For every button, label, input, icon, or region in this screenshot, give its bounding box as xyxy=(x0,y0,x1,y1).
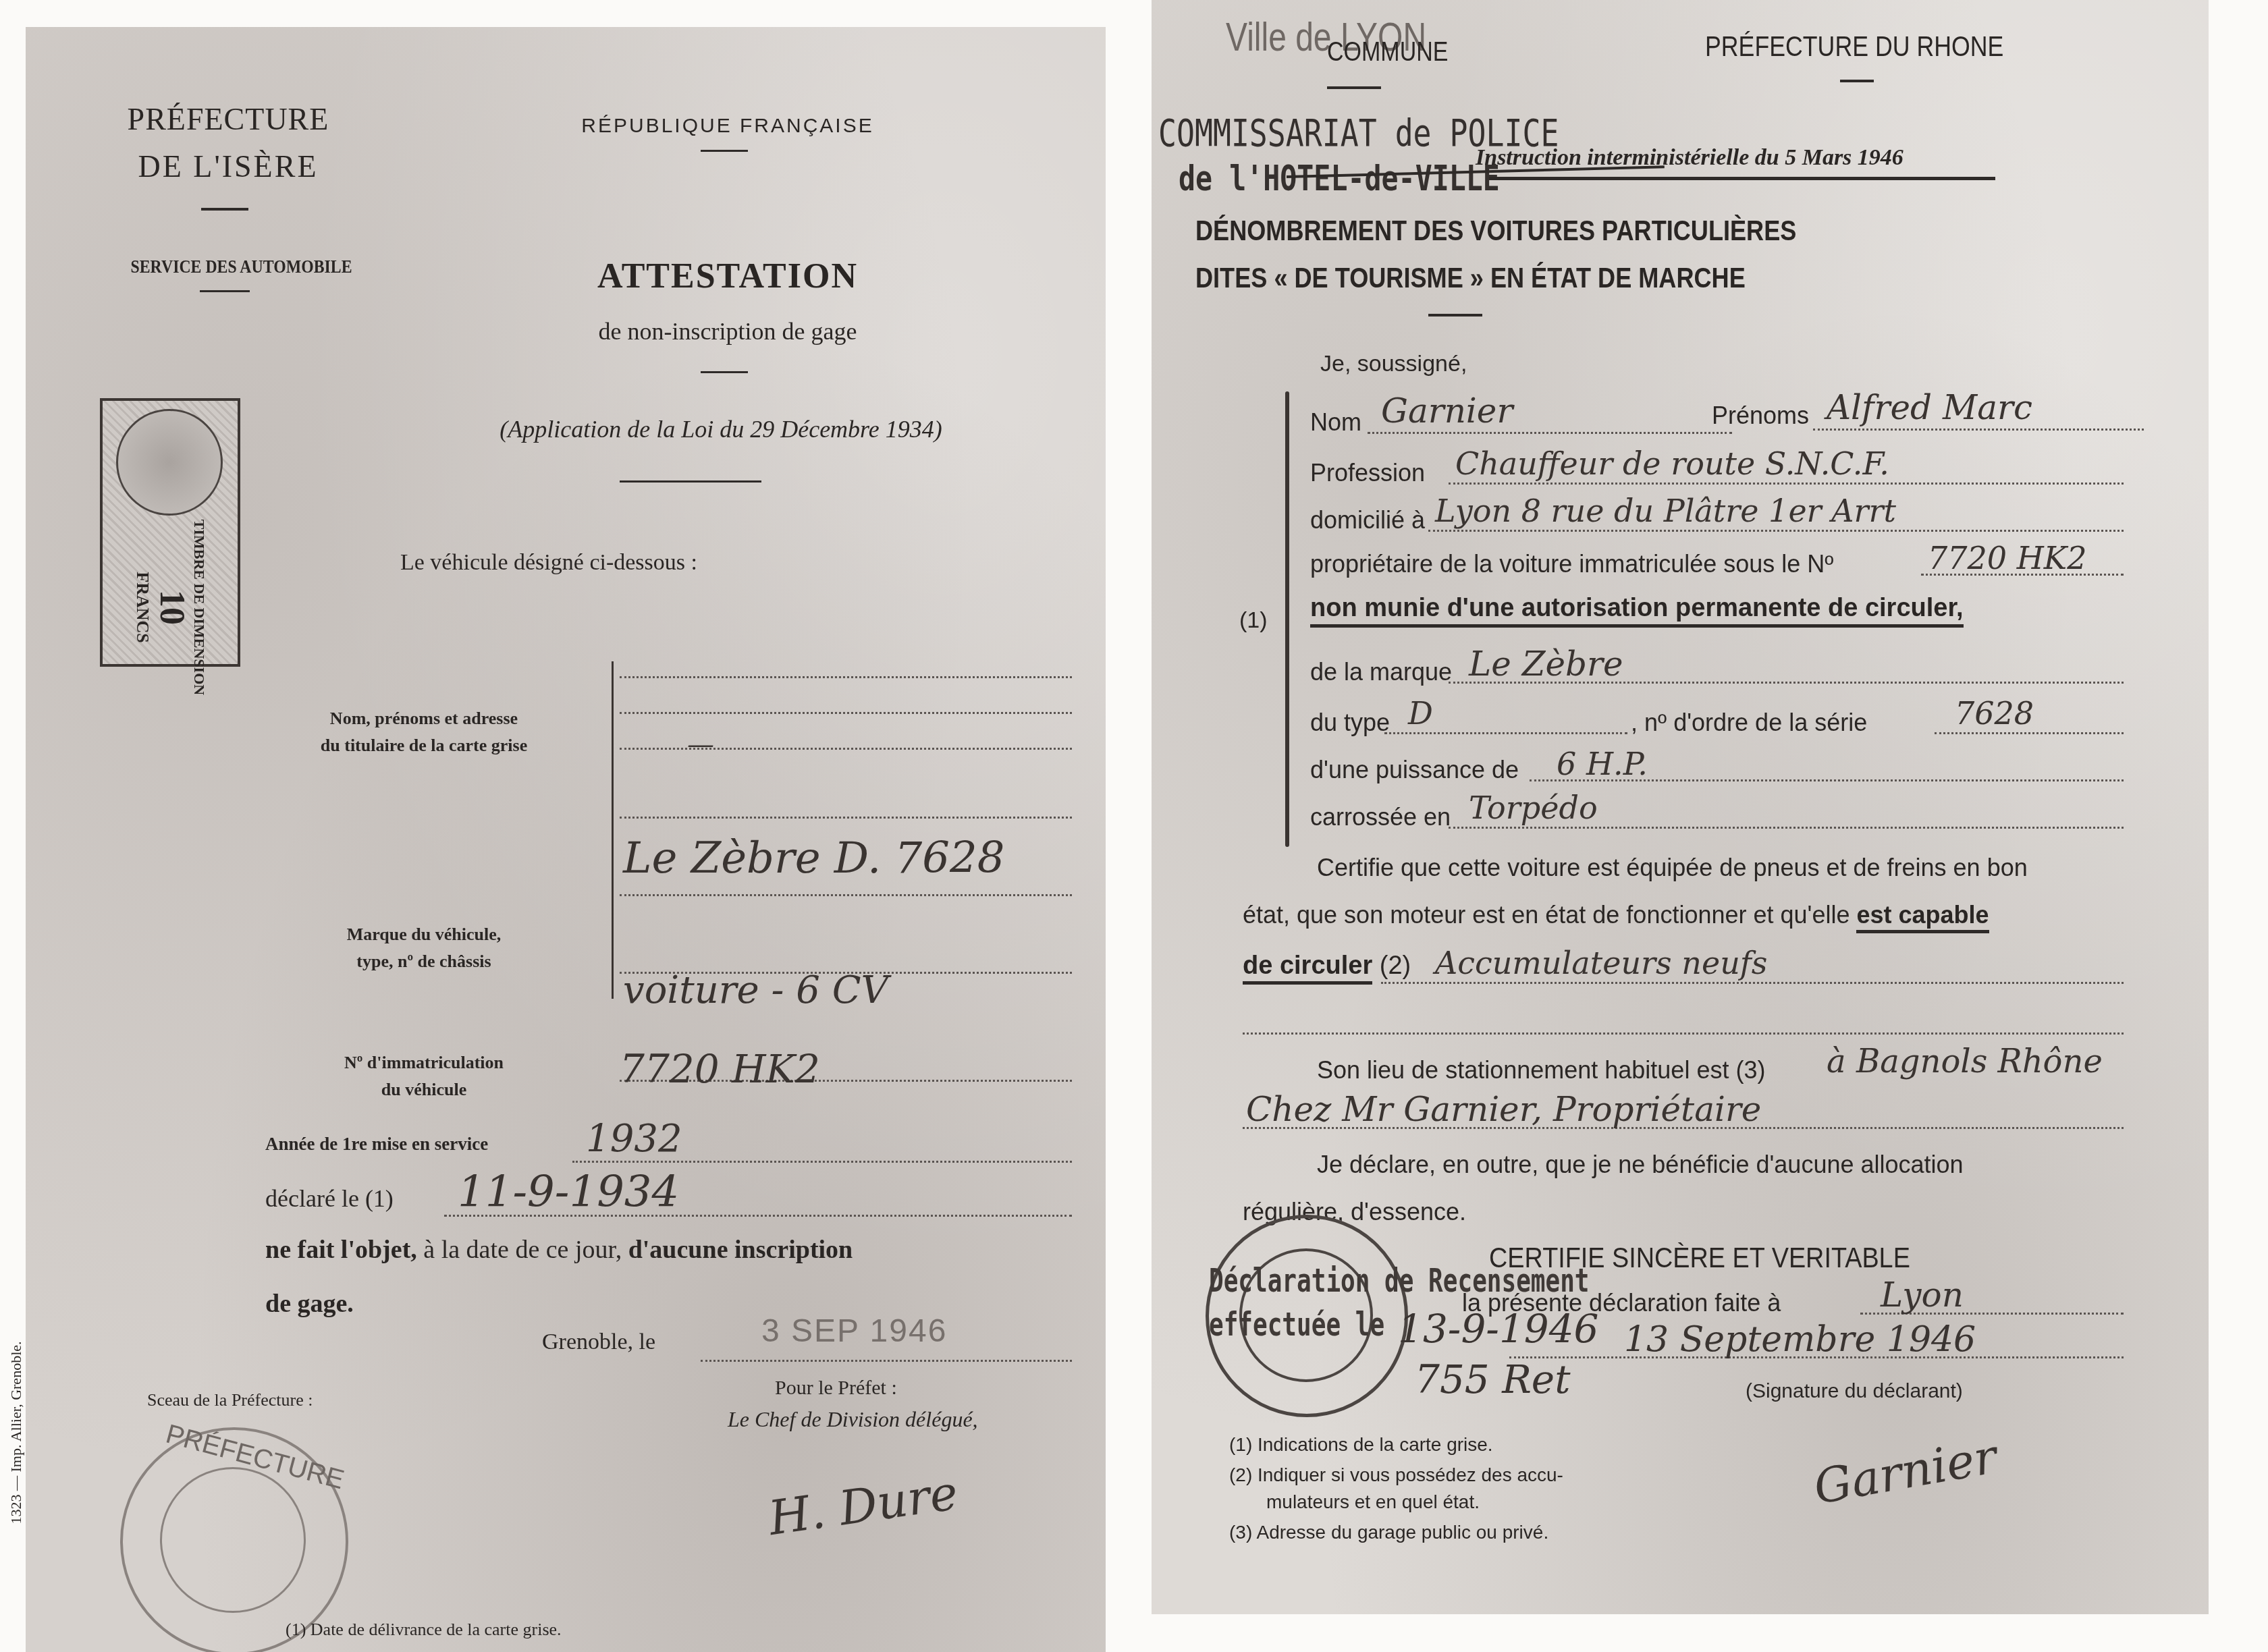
immat-label: propriétaire de la voiture immatriculée … xyxy=(1310,550,1833,578)
parking-value-2: Chez Mr Garnier, Propriétaire xyxy=(1246,1090,1761,1129)
commune-header: COMMUNE xyxy=(1327,37,1448,67)
registration-value: 7720 HK2 xyxy=(620,1046,820,1092)
first-service-value: 1932 xyxy=(586,1117,682,1161)
receipt-stamp-line1: Déclaration de Recensement xyxy=(1209,1262,1590,1300)
immat-value: 7720 HK2 xyxy=(1928,540,2086,576)
declared-value: 11-9-1934 xyxy=(458,1167,679,1217)
certify-line2: état, que son moteur est en état de fonc… xyxy=(1243,901,1989,929)
non-munie-text: non munie d'une autorisation permanente … xyxy=(1310,594,1964,628)
first-service-label: Année de 1re mise en service xyxy=(265,1134,488,1155)
receipt-date: 13-9-1946 xyxy=(1398,1306,1599,1352)
declarant-signature: Garnier xyxy=(1810,1429,2001,1515)
receipt-stamp-line2: effectuée le xyxy=(1209,1306,1384,1344)
divider xyxy=(620,480,761,483)
place-label: Grenoble, le xyxy=(542,1329,655,1355)
footnote-3: (3) Adresse du garage public ou privé. xyxy=(1229,1522,1548,1543)
instruction-reference: Instruction interministérielle du 5 Mars… xyxy=(1476,145,1904,171)
fiscal-stamp: TIMBRE DE DIMENSION 10 FRANCS xyxy=(100,398,240,667)
for-prefect: Pour le Préfet : xyxy=(775,1377,897,1400)
prefecture-header: PRÉFECTURE DU RHONE xyxy=(1705,30,2003,63)
carrosserie-value: Torpédo xyxy=(1469,790,1598,826)
police-stamp-line2: de l'HOTEL-de-VILLE xyxy=(1179,159,1500,199)
profession-label: Profession xyxy=(1310,459,1425,487)
seal-label: Sceau de la Préfecture : xyxy=(147,1390,313,1410)
nom-label: Nom xyxy=(1310,408,1361,437)
profession-value: Chauffeur de route S.N.C.F. xyxy=(1455,445,1889,482)
prefecture-line1: PRÉFECTURE xyxy=(120,101,336,137)
footnote-2-cont: mulateurs et en quel état. xyxy=(1266,1491,1480,1513)
declare-line1: Je déclare, en outre, que je ne bénéfici… xyxy=(1317,1151,1964,1179)
attestation-document: PRÉFECTURE DE L'ISÈRE SERVICE DES AUTOMO… xyxy=(26,27,1106,1652)
certify-line3: de circuler (2) xyxy=(1243,952,1411,981)
domicile-value: Lyon 8 rue du Plâtre 1er Arrt xyxy=(1435,493,1896,529)
fields-bracket xyxy=(1285,391,1289,847)
divider xyxy=(701,150,748,152)
prefecture-seal: PRÉFECTURE xyxy=(120,1427,348,1652)
printer-mark: 1323 — Imp. Allier, Grenoble. xyxy=(7,1341,25,1524)
date-stamp: 3 SEP 1946 xyxy=(761,1313,947,1350)
declaration-date: 13 Septembre 1946 xyxy=(1624,1319,1976,1360)
parking-label: Son lieu de stationnement habituel est (… xyxy=(1317,1056,1765,1084)
prefecture-line2: DE L'ISÈRE xyxy=(120,148,336,184)
carrosserie-label: carrossée en xyxy=(1310,803,1451,831)
holder-value: — xyxy=(687,729,714,760)
puissance-label: d'une puissance de xyxy=(1310,756,1519,784)
footnote: (1) Date de délivrance de la carte grise… xyxy=(286,1620,562,1640)
census-declaration-document: Ville de LYON COMMUNE PRÉFECTURE DU RHON… xyxy=(1152,0,2209,1614)
prenoms-value: Alfred Marc xyxy=(1827,388,2032,427)
document-title: ATTESTATION xyxy=(539,256,917,296)
bracket-note: (1) xyxy=(1239,607,1268,634)
title-line2: DITES « DE TOURISME » EN ÉTAT DE MARCHE xyxy=(1195,262,1746,294)
make-value: Le Zèbre D. 7628 xyxy=(623,833,1004,883)
title-line1: DÉNOMBREMENT DES VOITURES PARTICULIÈRES xyxy=(1195,215,1796,247)
certify-line1: Certifie que cette voiture est équipée d… xyxy=(1317,854,2028,882)
fiscal-stamp-header: TIMBRE DE DIMENSION xyxy=(190,493,208,722)
divider xyxy=(201,208,248,211)
domicile-label: domicilié à xyxy=(1310,506,1425,534)
model-value: voiture - 6 CV xyxy=(623,968,888,1012)
marque-label: de la marque xyxy=(1310,658,1452,686)
statement-line2: de gage. xyxy=(265,1289,354,1319)
serie-value: 7628 xyxy=(1955,695,2034,732)
republic-header: RÉPUBLIQUE FRANÇAISE xyxy=(539,115,917,138)
fiscal-stamp-value: 10 xyxy=(153,493,190,722)
statement-line1: ne fait l'objet, à la date de ce jour, d… xyxy=(265,1235,853,1265)
footnote-2: (2) Indiquer si vous possédez des accu- xyxy=(1229,1464,1563,1486)
signature-label: (Signature du déclarant) xyxy=(1746,1380,1963,1403)
marque-value: Le Zèbre xyxy=(1469,644,1623,684)
prenoms-label: Prénoms xyxy=(1712,402,1809,430)
field-label-registration: Nº d'immatriculation du véhicule xyxy=(248,1049,599,1103)
declared-label: déclaré le (1) xyxy=(265,1184,394,1213)
service-name: SERVICE DES AUTOMOBILE xyxy=(131,256,326,278)
form-bracket xyxy=(612,661,614,999)
accumulators-value: Accumulateurs neufs xyxy=(1435,945,1767,981)
document-subtitle: de non-inscription de gage xyxy=(539,317,917,346)
puissance-value: 6 H.P. xyxy=(1557,746,1648,782)
nom-value: Garnier xyxy=(1381,391,1513,431)
made-at-value: Lyon xyxy=(1881,1275,1964,1315)
vehicle-intro: Le véhicule désigné ci-dessous : xyxy=(400,550,697,576)
divider xyxy=(200,290,250,292)
divider xyxy=(701,371,748,373)
prefect-signature: H. Dure xyxy=(765,1465,961,1546)
type-label: du type xyxy=(1310,709,1390,737)
receipt-number: 755 Ret xyxy=(1415,1356,1570,1402)
field-label-holder: Nom, prénoms et adresse du titulaire de … xyxy=(248,705,599,759)
delegate-title: Le Chef de Division délégué, xyxy=(728,1407,978,1432)
law-reference: (Application de la Loi du 29 Décembre 19… xyxy=(390,415,1052,443)
serie-label: , nº d'ordre de la série xyxy=(1631,709,1867,737)
type-value: D xyxy=(1408,695,1433,732)
parking-value-1: à Bagnols Rhône xyxy=(1827,1043,2103,1080)
field-label-make: Marque du véhicule, type, nº de châssis xyxy=(248,921,599,975)
fiscal-stamp-currency: FRANCS xyxy=(132,493,153,722)
footnote-1: (1) Indications de la carte grise. xyxy=(1229,1434,1493,1456)
intro: Je, soussigné, xyxy=(1320,351,1467,377)
